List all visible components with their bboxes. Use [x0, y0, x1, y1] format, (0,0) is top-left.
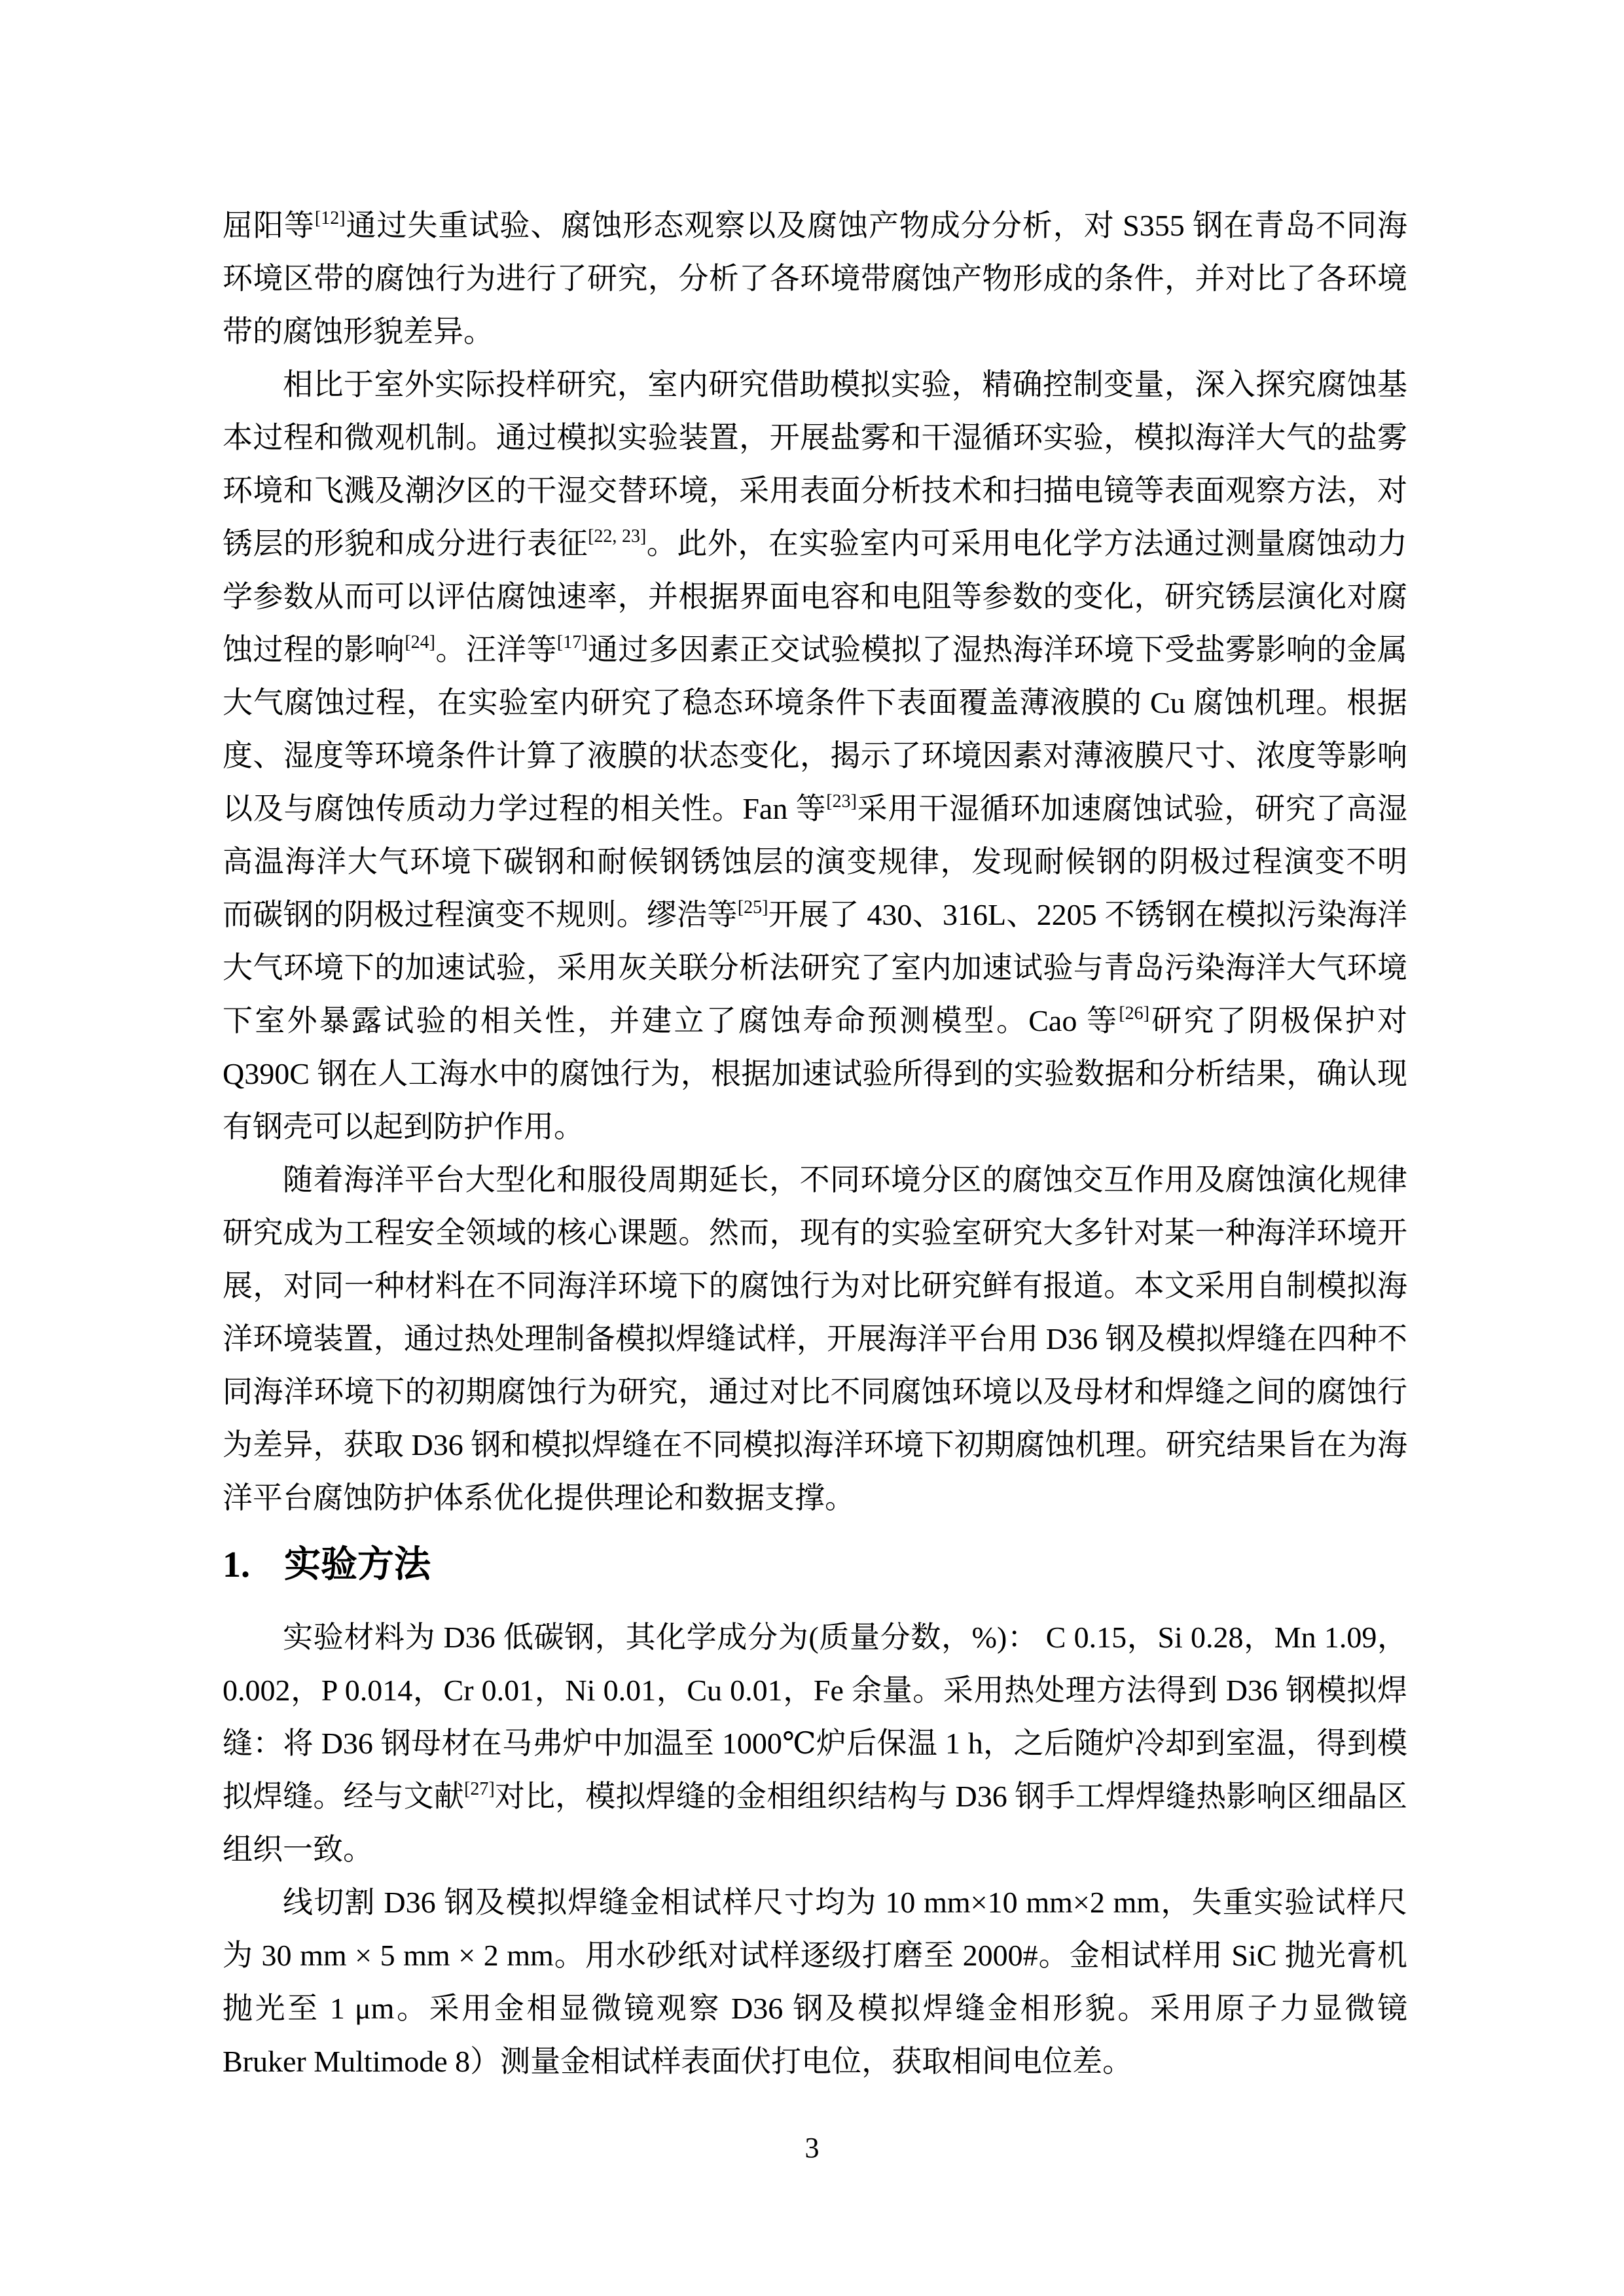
text-line: 而碳钢的阴极过程演变不规则。缪浩等[25]开展了 430、316L、2205 不… — [223, 888, 1407, 941]
citation-reference: [24] — [405, 632, 435, 653]
text-line: 实验材料为 D36 低碳钢，其化学成分为(质量分数，%)： C 0.15，Si … — [223, 1611, 1407, 1664]
text-line: 度、湿度等环境条件计算了液膜的状态变化，揭示了环境因素对薄液膜尺寸、浓度等影响 — [223, 729, 1407, 782]
citation-reference: [22, 23] — [588, 526, 646, 547]
citation-reference: [27] — [464, 1779, 495, 1799]
page-footer: 3 — [0, 2128, 1624, 2168]
text-line: 缝：将 D36 钢母材在马弗炉中加温至 1000℃炉后保温 1 h，之后随炉冷却… — [223, 1717, 1407, 1770]
text-line: 有钢壳可以起到防护作用。 — [223, 1100, 1407, 1153]
section-heading: 1.实验方法 — [223, 1528, 1407, 1602]
text-line: 组织一致。 — [223, 1823, 1407, 1876]
section-heading-title: 实验方法 — [284, 1545, 431, 1585]
paragraph-4: 实验材料为 D36 低碳钢，其化学成分为(质量分数，%)： C 0.15，Si … — [223, 1611, 1407, 1876]
text-line: 洋环境装置，通过热处理制备模拟焊缝试样，开展海洋平台用 D36 钢及模拟焊缝在四… — [223, 1312, 1407, 1365]
text-line: 以及与腐蚀传质动力学过程的相关性。Fan 等[23]采用干湿循环加速腐蚀试验，研… — [223, 782, 1407, 835]
text-line: Bruker Multimode 8）测量金相试样表面伏打电位，获取相间电位差。 — [223, 2035, 1407, 2088]
citation-reference: [12] — [315, 208, 346, 228]
document-body: 屈阳等[12]通过失重试验、腐蚀形态观察以及腐蚀产物成分分析，对 S355 钢在… — [223, 199, 1407, 2088]
citation-reference: [26] — [1119, 1003, 1149, 1024]
citation-reference: [17] — [557, 632, 588, 653]
text-line: 为差异，获取 D36 钢和模拟焊缝在不同模拟海洋环境下初期腐蚀机理。研究结果旨在… — [223, 1418, 1407, 1471]
document-page: 屈阳等[12]通过失重试验、腐蚀形态观察以及腐蚀产物成分分析，对 S355 钢在… — [0, 0, 1624, 2296]
text-line: 带的腐蚀形貌差异。 — [223, 305, 1407, 358]
paragraph-2: 相比于室外实际投样研究，室内研究借助模拟实验，精确控制变量，深入探究腐蚀基本过程… — [223, 358, 1407, 1153]
citation-reference: [25] — [738, 897, 768, 918]
text-line: Q390C 钢在人工海水中的腐蚀行为，根据加速试验所得到的实验数据和分析结果，确… — [223, 1047, 1407, 1100]
text-line: 本过程和微观机制。通过模拟实验装置，开展盐雾和干湿循环实验，模拟海洋大气的盐雾 — [223, 411, 1407, 464]
text-line: 同海洋环境下的初期腐蚀行为研究，通过对比不同腐蚀环境以及母材和焊缝之间的腐蚀行 — [223, 1365, 1407, 1418]
citation-reference: [23] — [826, 791, 857, 812]
text-line: 随着海洋平台大型化和服役周期延长，不同环境分区的腐蚀交互作用及腐蚀演化规律 — [223, 1153, 1407, 1206]
text-line: 锈层的形貌和成分进行表征[22, 23]。此外，在实验室内可采用电化学方法通过测… — [223, 517, 1407, 570]
text-line: 洋平台腐蚀防护体系优化提供理论和数据支撑。 — [223, 1471, 1407, 1524]
text-line: 相比于室外实际投样研究，室内研究借助模拟实验，精确控制变量，深入探究腐蚀基 — [223, 358, 1407, 411]
text-line: 展，对同一种材料在不同海洋环境下的腐蚀行为对比研究鲜有报道。本文采用自制模拟海 — [223, 1259, 1407, 1312]
text-line: 大气腐蚀过程，在实验室内研究了稳态环境条件下表面覆盖薄液膜的 Cu 腐蚀机理。根… — [223, 676, 1407, 729]
text-line: 为 30 mm × 5 mm × 2 mm。用水砂纸对试样逐级打磨至 2000#… — [223, 1929, 1407, 1982]
text-line: 环境区带的腐蚀行为进行了研究，分析了各环境带腐蚀产物形成的条件，并对比了各环境 — [223, 252, 1407, 305]
page-number: 3 — [805, 2132, 820, 2164]
text-line: 研究成为工程安全领域的核心课题。然而，现有的实验室研究大多针对某一种海洋环境开 — [223, 1206, 1407, 1259]
paragraph-5: 线切割 D36 钢及模拟焊缝金相试样尺寸均为 10 mm×10 mm×2 mm，… — [223, 1876, 1407, 2088]
text-line: 蚀过程的影响[24]。汪洋等[17]通过多因素正交试验模拟了湿热海洋环境下受盐雾… — [223, 623, 1407, 676]
text-line: 大气环境下的加速试验，采用灰关联分析法研究了室内加速试验与青岛污染海洋大气环境 — [223, 941, 1407, 994]
text-line: 下室外暴露试验的相关性，并建立了腐蚀寿命预测模型。Cao 等[26]研究了阴极保… — [223, 994, 1407, 1047]
text-line: 线切割 D36 钢及模拟焊缝金相试样尺寸均为 10 mm×10 mm×2 mm，… — [223, 1876, 1407, 1929]
paragraph-1: 屈阳等[12]通过失重试验、腐蚀形态观察以及腐蚀产物成分分析，对 S355 钢在… — [223, 199, 1407, 358]
text-line: 0.002，P 0.014，Cr 0.01，Ni 0.01，Cu 0.01，Fe… — [223, 1664, 1407, 1717]
section-heading-number: 1. — [223, 1545, 250, 1585]
text-line: 高温海洋大气环境下碳钢和耐候钢锈蚀层的演变规律，发现耐候钢的阴极过程演变不明显， — [223, 835, 1407, 888]
text-line: 屈阳等[12]通过失重试验、腐蚀形态观察以及腐蚀产物成分分析，对 S355 钢在… — [223, 199, 1407, 252]
text-line: 抛光至 1 μm。采用金相显微镜观察 D36 钢及模拟焊缝金相形貌。采用原子力显… — [223, 1982, 1407, 2035]
text-line: 学参数从而可以评估腐蚀速率，并根据界面电容和电阻等参数的变化，研究锈层演化对腐 — [223, 570, 1407, 623]
text-line: 拟焊缝。经与文献[27]对比，模拟焊缝的金相组织结构与 D36 钢手工焊焊缝热影… — [223, 1770, 1407, 1823]
paragraph-3: 随着海洋平台大型化和服役周期延长，不同环境分区的腐蚀交互作用及腐蚀演化规律研究成… — [223, 1153, 1407, 1524]
text-line: 环境和飞溅及潮汐区的干湿交替环境，采用表面分析技术和扫描电镜等表面观察方法，对 — [223, 464, 1407, 517]
